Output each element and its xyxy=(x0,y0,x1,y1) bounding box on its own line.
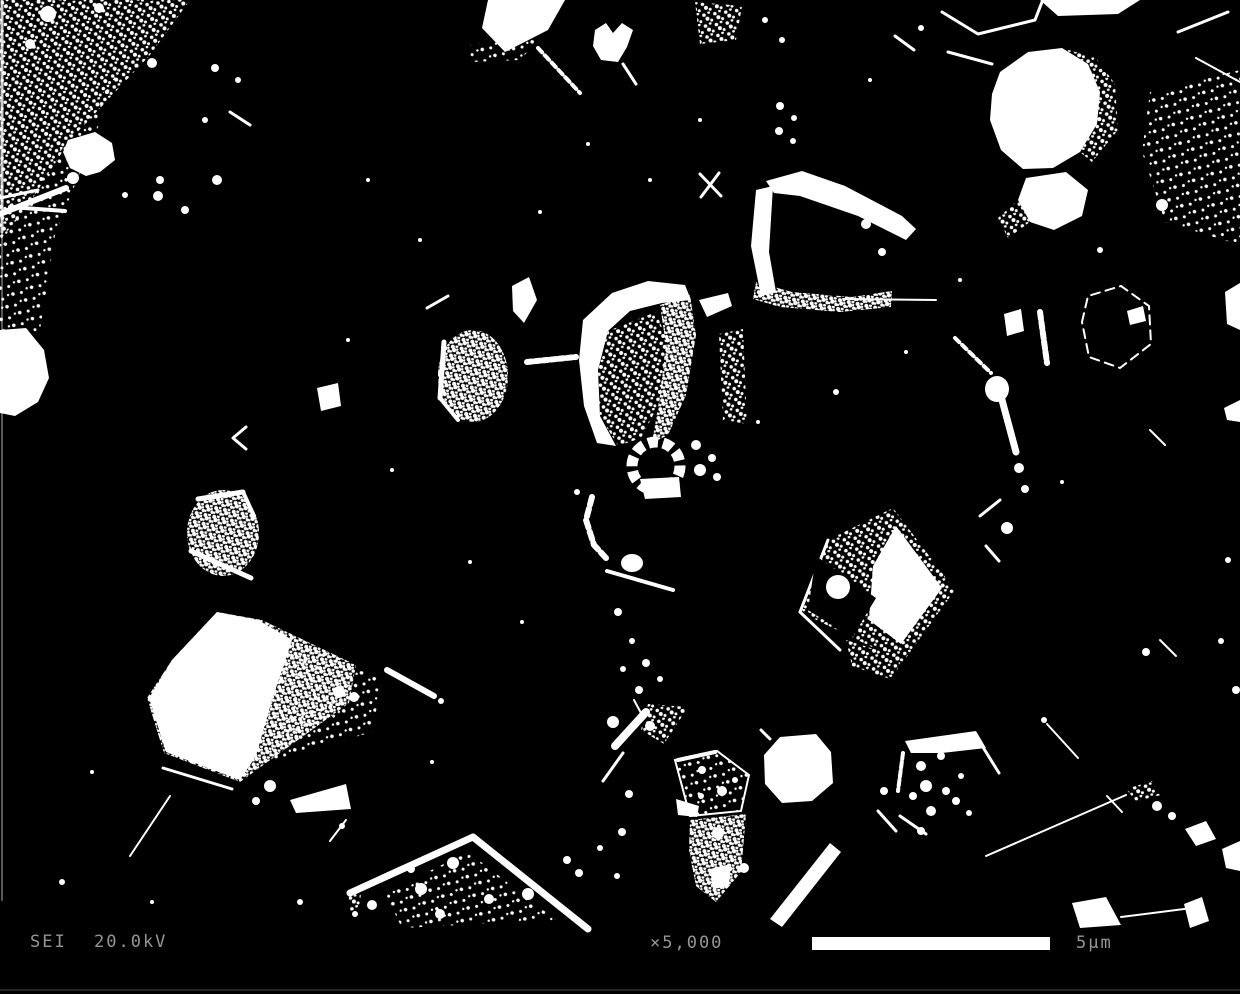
micrograph-shape xyxy=(699,293,732,317)
micrograph-shape xyxy=(40,6,56,22)
micrograph-shape xyxy=(958,773,964,779)
micrograph-shape xyxy=(942,2,1042,34)
micrograph-shape xyxy=(418,238,422,242)
micrograph-shape xyxy=(272,640,382,762)
micrograph-shape xyxy=(367,900,377,910)
micrograph-shape xyxy=(719,329,747,424)
micrograph-shape xyxy=(1178,12,1228,32)
micrograph-shape xyxy=(512,277,537,323)
voltage-label: 20.0kV xyxy=(94,932,167,952)
micrograph-shape xyxy=(1040,312,1047,363)
micrograph-shape xyxy=(640,477,681,499)
micrograph-shape xyxy=(958,278,962,282)
micrograph-shape xyxy=(900,816,926,834)
micrograph-shape xyxy=(586,142,590,146)
micrograph-shape xyxy=(1021,485,1029,493)
micrograph-shape xyxy=(597,845,603,851)
micrograph-shape xyxy=(333,686,345,698)
micrograph-shape xyxy=(764,734,833,803)
micrograph-shape xyxy=(642,659,650,667)
micrograph-shape xyxy=(776,102,784,110)
micrograph-shape xyxy=(766,171,916,240)
micrograph-shape xyxy=(790,138,796,144)
scale-bar-label: 5µm xyxy=(1076,933,1113,953)
micrograph-shape xyxy=(122,192,128,198)
micrograph-shape xyxy=(1218,638,1224,644)
micrograph-shape xyxy=(484,894,494,904)
micrograph-shape xyxy=(1047,724,1078,758)
micrograph-shape xyxy=(67,172,79,184)
micrograph-shape xyxy=(527,357,576,362)
micrograph-shape xyxy=(739,863,749,873)
micrograph-shape xyxy=(435,909,445,919)
micrograph-shape xyxy=(898,753,903,791)
micrograph-shape xyxy=(317,383,341,411)
micrograph-shape xyxy=(1222,841,1240,871)
micrograph-shape xyxy=(645,721,655,731)
micrograph-shape xyxy=(895,36,914,50)
micrograph-shape xyxy=(349,692,359,702)
micrograph-shape xyxy=(952,797,960,805)
micrograph-shape xyxy=(574,489,580,495)
micrograph-shape xyxy=(538,210,542,214)
micrograph-shape xyxy=(1004,309,1024,336)
micrograph-shape xyxy=(826,575,850,599)
micrograph-shape xyxy=(909,792,917,800)
micrograph-shape xyxy=(1127,306,1146,325)
micrograph-shape xyxy=(390,468,394,472)
micrograph-shape xyxy=(695,2,742,44)
micrograph-shape xyxy=(407,865,415,873)
micrograph-shape xyxy=(1002,400,1016,452)
micrograph-canvas xyxy=(0,0,1240,994)
micrograph-shape xyxy=(762,17,768,23)
micrograph-shape xyxy=(629,638,635,644)
micrograph-shape xyxy=(1185,821,1216,846)
micrograph-shape xyxy=(880,787,888,795)
micrograph-shape xyxy=(833,389,839,395)
micrograph-shape xyxy=(937,752,945,760)
micrograph-shape xyxy=(948,52,992,64)
micrograph-shape xyxy=(918,25,924,31)
micrograph-shape xyxy=(1142,70,1240,245)
micrograph-shape xyxy=(712,827,724,839)
micrograph-shape xyxy=(1156,199,1168,211)
micrograph-shape xyxy=(708,454,716,462)
micrograph-shape xyxy=(1126,781,1161,801)
micrograph-shape xyxy=(691,440,701,450)
micrograph-shape xyxy=(942,787,950,795)
micrograph-shape xyxy=(1225,283,1240,330)
micrograph-shape xyxy=(920,780,932,792)
micrograph-shape xyxy=(415,883,427,895)
micrograph-shape xyxy=(1184,897,1209,928)
micrograph-shape xyxy=(212,175,222,185)
micrograph-shape xyxy=(981,744,999,773)
micrograph-shape xyxy=(1041,717,1047,723)
micrograph-shape xyxy=(621,554,643,572)
micrograph-shape xyxy=(732,777,738,783)
micrograph-shape xyxy=(297,899,303,905)
micrograph-shape xyxy=(156,176,164,184)
micrograph-shape xyxy=(94,3,104,13)
micrograph-shape xyxy=(147,58,157,68)
micrograph-shape xyxy=(520,620,524,624)
micrograph-shape xyxy=(905,731,986,753)
micrograph-shape xyxy=(926,806,936,816)
micrograph-shape xyxy=(623,64,636,84)
micrograph-shape xyxy=(618,828,626,836)
micrograph-shape xyxy=(538,48,580,93)
micrograph-shape xyxy=(447,857,459,869)
micrograph-shape xyxy=(756,420,760,424)
micrograph-shape xyxy=(387,670,434,696)
micrograph-shape xyxy=(427,296,448,308)
micrograph-shape xyxy=(563,856,571,864)
micrograph-shape xyxy=(625,790,633,798)
micrograph-shape xyxy=(634,700,641,713)
micrograph-shape xyxy=(955,338,991,373)
micrograph-shape xyxy=(916,761,926,771)
micrograph-shape xyxy=(648,178,652,182)
micrograph-shape xyxy=(348,886,362,911)
scale-bar xyxy=(812,937,1050,950)
micrograph-shape xyxy=(607,571,673,590)
micrograph-shape xyxy=(980,500,1000,516)
micrograph-shape xyxy=(25,39,35,49)
micrograph-shape xyxy=(153,191,163,201)
micrograph-shape xyxy=(1232,686,1240,694)
micrograph-shape xyxy=(717,786,727,796)
micrograph-shape xyxy=(1160,640,1176,656)
micrograph-shape xyxy=(59,879,65,885)
magnification-label: ×5,000 xyxy=(650,933,723,953)
micrograph-shape xyxy=(985,376,1009,402)
micrograph-shape xyxy=(614,873,620,879)
micrograph-shape xyxy=(868,78,872,82)
micrograph-shape xyxy=(713,473,721,481)
micrograph-shape xyxy=(252,797,260,805)
micrograph-shape xyxy=(593,23,633,62)
micrograph-shape xyxy=(150,900,154,904)
micrograph-shape xyxy=(620,666,626,672)
micrograph-shape xyxy=(1072,897,1121,928)
micrograph-shape xyxy=(698,766,706,774)
micrograph-shape xyxy=(614,608,622,616)
micrograph-shape xyxy=(366,178,370,182)
micrograph-shape xyxy=(230,112,250,125)
micrograph-shape xyxy=(1225,557,1231,563)
micrograph-shape xyxy=(264,780,276,792)
micrograph-shape xyxy=(779,37,785,43)
micrograph-shape xyxy=(90,770,94,774)
micrograph-shape xyxy=(751,186,776,296)
micrograph-shape xyxy=(986,546,999,561)
micrograph-shape xyxy=(468,560,472,564)
micrograph-shape xyxy=(878,811,896,831)
micrograph-shape xyxy=(1082,286,1151,368)
micrograph-shape xyxy=(966,810,972,816)
micrograph-shape xyxy=(986,795,1126,856)
micrograph-shape xyxy=(770,843,841,927)
micrograph-shape xyxy=(235,77,241,83)
micrograph-shape xyxy=(130,796,170,856)
micrograph-shape xyxy=(1150,430,1165,445)
micrograph-shape xyxy=(330,820,346,841)
micrograph-shape xyxy=(233,427,246,449)
micrograph-shape xyxy=(1097,247,1103,253)
micrograph-shape xyxy=(635,686,643,694)
micrograph-shape xyxy=(775,127,783,135)
micrograph-shape xyxy=(202,117,208,123)
micrograph-shape xyxy=(522,888,534,900)
micrograph-shape xyxy=(211,64,219,72)
micrograph-shape xyxy=(791,115,797,121)
micrograph-shape xyxy=(430,760,434,764)
micrograph-shape xyxy=(657,676,663,682)
micrograph-shape xyxy=(843,299,936,300)
micrograph-shape xyxy=(698,118,702,122)
micrograph-shape xyxy=(1168,812,1176,820)
micrograph-shape xyxy=(761,730,770,739)
micrograph-shape xyxy=(1060,480,1064,484)
micrograph-shape xyxy=(878,248,886,256)
micrograph-shape xyxy=(181,206,189,214)
micrograph-shape xyxy=(904,350,908,354)
micrograph-shape xyxy=(438,698,444,704)
micrograph-shape xyxy=(698,793,704,799)
micrograph-shape xyxy=(1040,0,1140,16)
micrograph-shape xyxy=(1152,801,1162,811)
micrograph-shape xyxy=(352,911,358,917)
micrograph-shape xyxy=(603,753,623,781)
micrograph-shape xyxy=(1014,463,1024,473)
micrograph-shape xyxy=(1001,522,1013,534)
sem-micrograph: SEI 20.0kV ×5,000 5µm xyxy=(0,0,1240,994)
micrograph-shape xyxy=(694,464,706,476)
bottom-edge-line xyxy=(0,989,1240,991)
micrograph-shape xyxy=(575,869,583,877)
micrograph-shape xyxy=(1142,648,1150,656)
micrograph-shape xyxy=(290,784,351,813)
micrograph-shape xyxy=(607,716,619,728)
micrograph-shape xyxy=(1121,908,1192,917)
micrograph-shape xyxy=(861,219,871,229)
detector-label: SEI xyxy=(30,932,67,952)
micrograph-shape xyxy=(1224,400,1240,422)
micrograph-shape xyxy=(586,497,606,558)
micrograph-shape xyxy=(346,338,350,342)
micrograph-shape xyxy=(0,328,49,416)
